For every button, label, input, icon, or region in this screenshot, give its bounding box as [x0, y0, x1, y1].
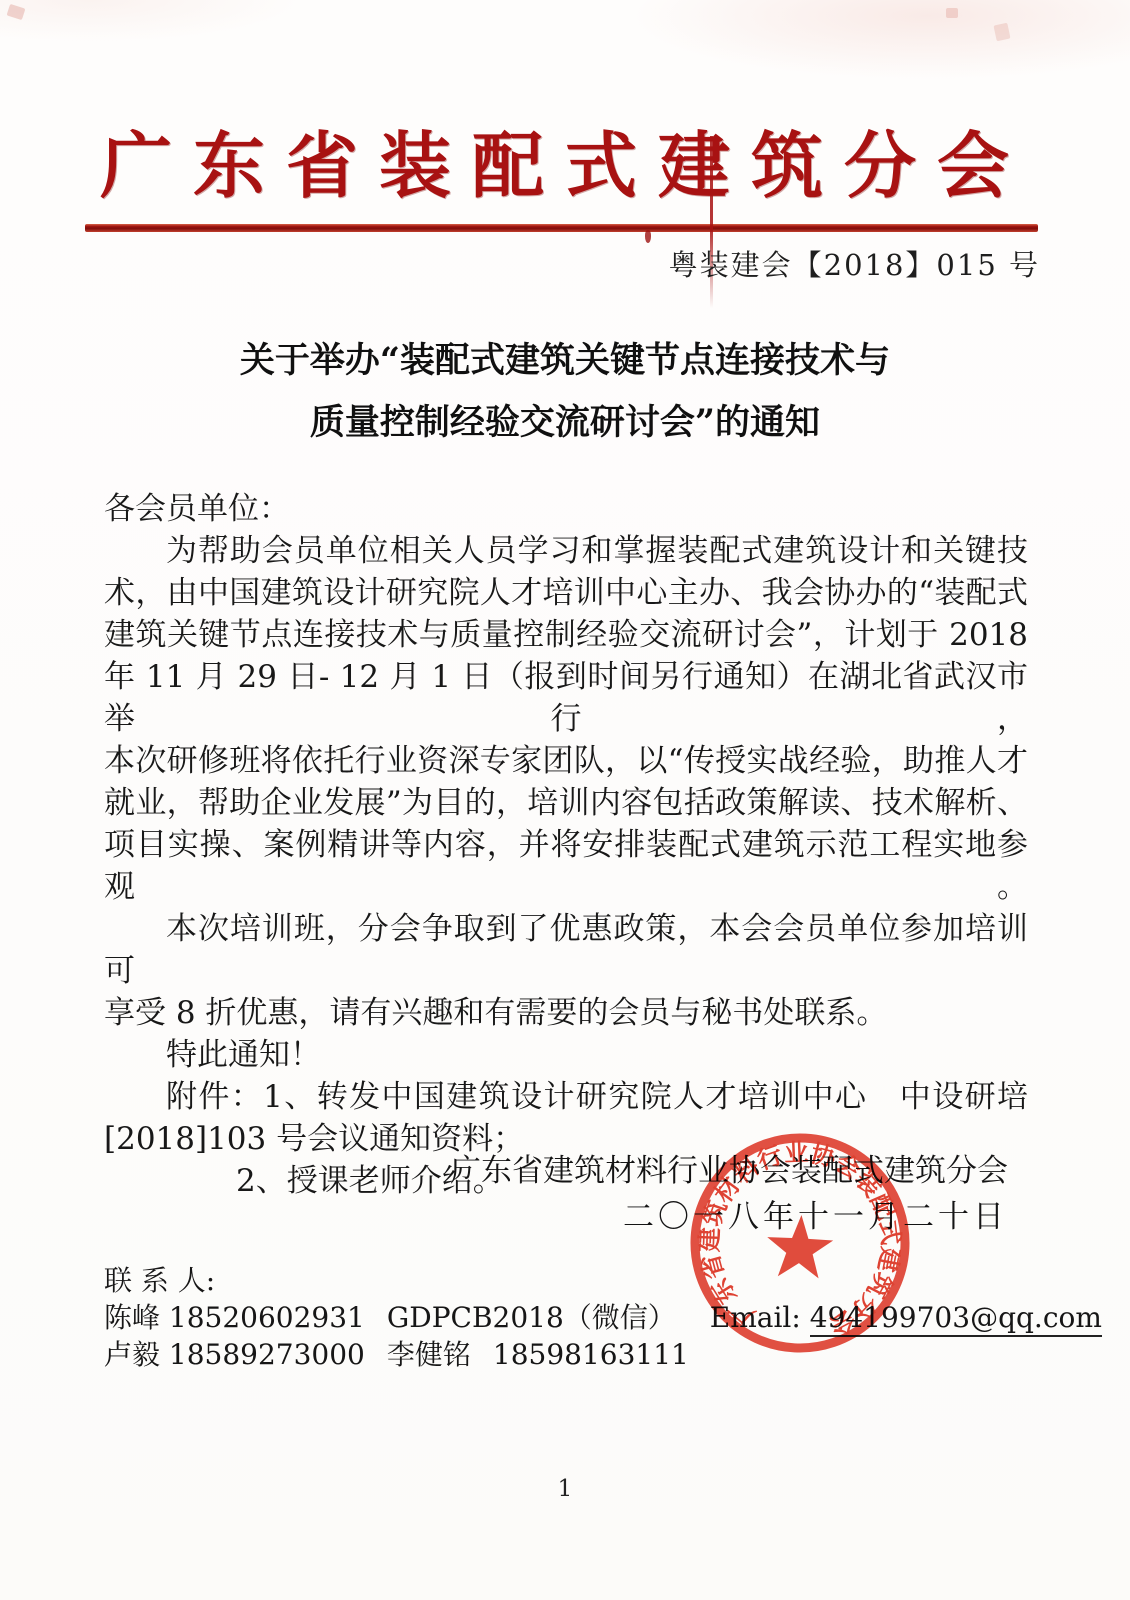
page-number: 1 [0, 1476, 1130, 1502]
scan-artifact [7, 4, 26, 20]
scan-artifact [993, 23, 1010, 42]
body-line: 项目实操、案例精讲等内容，并将安排装配式建筑示范工程实地参观。 [104, 824, 1028, 908]
salutation: 各会员单位： [104, 488, 1028, 530]
letterhead-org-name: 广东省装配式建筑分会 [100, 118, 1040, 214]
contact-block: 联 系 人: 陈峰 18520602931GDPCB2018（微信）Email:… [104, 1262, 1102, 1373]
body-line: 特此通知！ [104, 1034, 1028, 1076]
notice-title-line2: 质量控制经验交流研讨会”的通知 [0, 392, 1130, 454]
contact-name-phone: 陈峰 18520602931 [104, 1301, 365, 1334]
body-line: 本次培训班，分会争取到了优惠政策，本会会员单位参加培训可 [104, 908, 1028, 992]
notice-body: 各会员单位： 为帮助会员单位相关人员学习和掌握装配式建筑设计和关键技 术，由中国… [104, 488, 1028, 1202]
contact-name-phone: 卢毅 18589273000 [104, 1338, 365, 1371]
body-line: 本次研修班将依托行业资深专家团队，以“传授实战经验，助推人才 [104, 740, 1028, 782]
contact-wechat: GDPCB2018（微信） [387, 1301, 676, 1334]
letterhead-rule [85, 224, 1038, 232]
body-line: 为帮助会员单位相关人员学习和掌握装配式建筑设计和关键技 [104, 530, 1028, 572]
contact-name: 李健铭 [387, 1338, 471, 1371]
body-line: 就业，帮助企业发展”为目的，培训内容包括政策解读、技术解析、 [104, 782, 1028, 824]
notice-title: 关于举办“装配式建筑关键节点连接技术与 质量控制经验交流研讨会”的通知 [0, 330, 1130, 454]
contact-row-1: 陈峰 18520602931GDPCB2018（微信）Email: 494199… [104, 1299, 1102, 1336]
scan-ink-drip [645, 230, 651, 243]
attachment-line: 附件：1、转发中国建筑设计研究院人才培训中心 中设研培 [104, 1076, 1028, 1118]
official-seal: 广东省建筑材料行业协会装配式建筑分会 [659, 1102, 941, 1384]
document-number: 粤装建会【2018】015 号 [669, 243, 1040, 284]
contact-label: 联 系 人: [104, 1262, 1102, 1299]
scan-artifact [946, 8, 958, 18]
body-line: 建筑关键节点连接技术与质量控制经验交流研讨会”，计划于 2018 [104, 614, 1028, 656]
notice-title-line1: 关于举办“装配式建筑关键节点连接技术与 [0, 330, 1130, 392]
body-line: 享受 8 折优惠，请有兴趣和有需要的会员与秘书处联系。 [104, 992, 1028, 1034]
body-line: 年 11 月 29 日- 12 月 1 日（报到时间另行通知）在湖北省武汉市举行… [104, 656, 1028, 740]
scanned-notice-page: 广东省装配式建筑分会 粤装建会【2018】015 号 关于举办“装配式建筑关键节… [0, 0, 1130, 1600]
body-line: 术，由中国建筑设计研究院人才培训中心主办、我会协办的“装配式 [104, 572, 1028, 614]
contact-row-2: 卢毅 18589273000李健铭18598163111 [104, 1336, 1102, 1373]
seal-star-icon [765, 1213, 834, 1279]
